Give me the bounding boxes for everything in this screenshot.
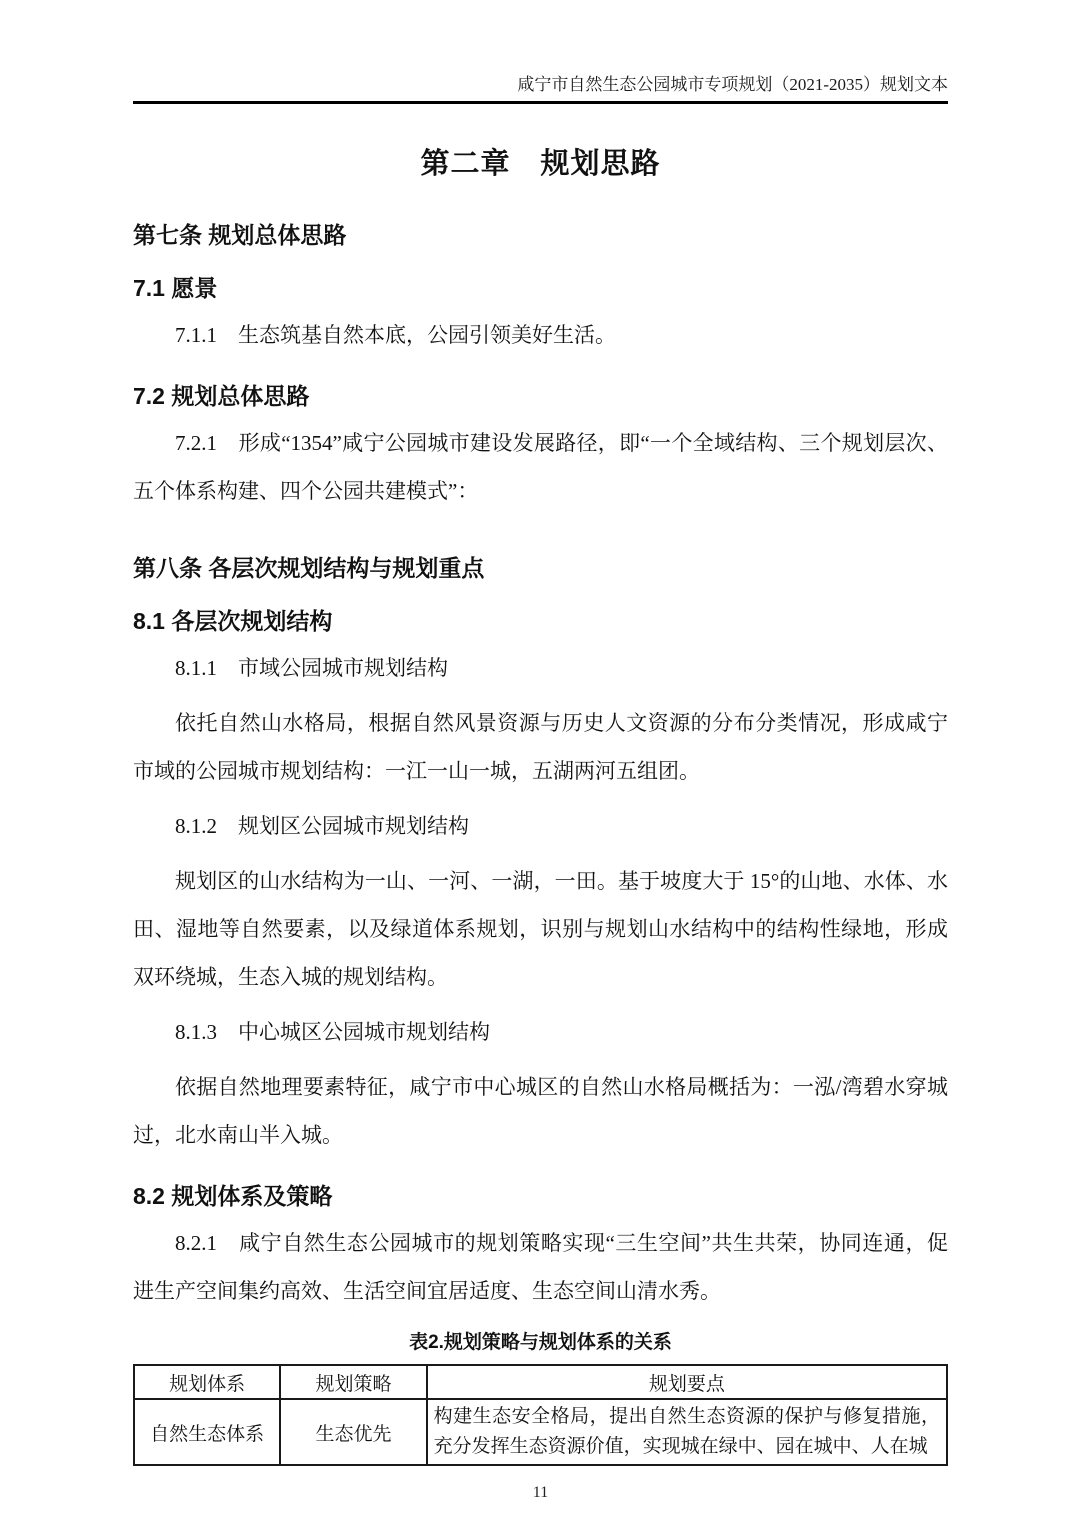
paragraph-8-1-3: 8.1.3 中心城区公园城市规划结构 <box>133 1008 948 1056</box>
chapter-title: 第二章 规划思路 <box>133 146 948 182</box>
table-header-row: 规划体系 规划策略 规划要点 <box>134 1365 947 1399</box>
heading-article-7: 第七条 规划总体思路 <box>133 219 948 251</box>
paragraph-7-1-1: 7.1.1 生态筑基自然本底，公园引领美好生活。 <box>133 311 948 359</box>
paragraph-8-2-1: 8.2.1 咸宁自然生态公园城市的规划策略实现“三生空间”共生共荣，协同连通，促… <box>133 1219 948 1315</box>
running-header: 咸宁市自然生态公园城市专项规划（2021-2035）规划文本 <box>133 74 948 104</box>
running-header-title: 咸宁市自然生态公园城市专项规划（2021-2035）规划文本 <box>517 75 948 94</box>
paragraph-8-1-2-body: 规划区的山水结构为一山、一河、一湖，一田。基于坡度大于 15°的山地、水体、水田… <box>133 857 948 1001</box>
heading-7-1: 7.1 愿景 <box>133 272 948 304</box>
table-header-strategy: 规划策略 <box>280 1365 426 1399</box>
table-cell-strategy: 生态优先 <box>280 1399 426 1465</box>
planning-strategy-table: 规划体系 规划策略 规划要点 自然生态体系 生态优先 构建生态安全格局，提出自然… <box>133 1364 948 1466</box>
table-caption: 表2.规划策略与规划体系的关系 <box>133 1331 948 1355</box>
table-row: 自然生态体系 生态优先 构建生态安全格局，提出自然生态资源的保护与修复措施，充分… <box>134 1399 947 1465</box>
paragraph-7-2-1: 7.2.1 形成“1354”咸宁公园城市建设发展路径，即“一个全域结构、三个规划… <box>133 419 948 515</box>
paragraph-8-1-2: 8.1.2 规划区公园城市规划结构 <box>133 802 948 850</box>
document-page: 咸宁市自然生态公园城市专项规划（2021-2035）规划文本 第二章 规划思路 … <box>0 0 1074 1520</box>
paragraph-8-1-1-body: 依托自然山水格局，根据自然风景资源与历史人文资源的分布分类情况，形成咸宁市域的公… <box>133 699 948 795</box>
heading-7-2: 7.2 规划总体思路 <box>133 380 948 412</box>
heading-8-1: 8.1 各层次规划结构 <box>133 605 948 637</box>
paragraph-8-1-3-body: 依据自然地理要素特征，咸宁市中心城区的自然山水格局概括为：一泓/湾碧水穿城过，北… <box>133 1063 948 1159</box>
paragraph-8-1-1: 8.1.1 市域公园城市规划结构 <box>133 644 948 692</box>
heading-article-8: 第八条 各层次规划结构与规划重点 <box>133 552 948 584</box>
heading-8-2: 8.2 规划体系及策略 <box>133 1180 948 1212</box>
table-header-points: 规划要点 <box>427 1365 947 1399</box>
table-header-system: 规划体系 <box>134 1365 280 1399</box>
table-cell-system: 自然生态体系 <box>134 1399 280 1465</box>
page-number: 11 <box>133 1483 948 1503</box>
table-cell-points: 构建生态安全格局，提出自然生态资源的保护与修复措施，充分发挥生态资源价值，实现城… <box>427 1399 947 1465</box>
